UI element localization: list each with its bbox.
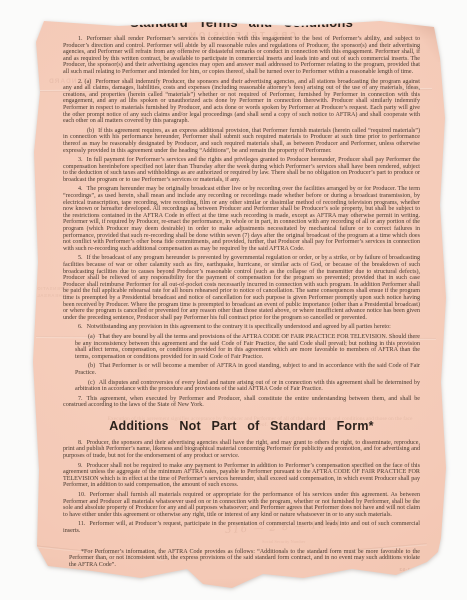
clause-number: 6. (78, 324, 87, 330)
clause-number: (b) (87, 128, 98, 134)
clause-text: If this agreement requires, as an expres… (63, 128, 420, 154)
clause-4: 4.The program hereunder may be originall… (63, 186, 420, 252)
clause-text: The program hereunder may be originally … (63, 186, 420, 251)
contract-paper: CBS TELEVISION STANDARD COMPENSATION REH… (0, 0, 467, 600)
clause-number: (c) (88, 380, 99, 386)
clause-number: 3. (78, 157, 87, 163)
clause-number: (a) (88, 334, 99, 340)
clause-8: 8.Producer, the sponsors and their adver… (63, 440, 420, 460)
clause-text: Performer shall furnish all materials re… (63, 492, 420, 518)
clause-number: 9. (78, 463, 87, 469)
clause-3: 3.In full payment for Performer’s servic… (63, 157, 420, 183)
clause-text: Performer shall render Performer’s servi… (63, 36, 420, 75)
clause-2b: (b)If this agreement requires, as an exp… (63, 128, 420, 154)
clause-6b: (b)That Performer is or will become a me… (75, 363, 420, 376)
clause-text: Performer shall indemnify Producer, the … (63, 79, 420, 125)
clause-number: 2. (a) (78, 79, 95, 85)
document-title: Standard Terms and Conditions (63, 16, 420, 30)
clause-6: 6.Notwithstanding any provision in this … (63, 324, 420, 331)
clause-7: 7.This agreement, when executed by Perfo… (63, 396, 420, 409)
clause-text: If the broadcast of any program hereunde… (63, 255, 420, 320)
clause-number: 7. (78, 396, 87, 402)
clause-1: 1.Performer shall render Performer’s ser… (63, 36, 420, 76)
clause-text: Performer will, at Producer’s request, p… (63, 521, 420, 534)
clause-number: 5. (78, 255, 87, 261)
clause-9: 9.Producer shall not be required to make… (63, 463, 420, 489)
clause-text: Producer shall not be required to make a… (63, 463, 420, 489)
clause-number: 10. (78, 492, 90, 498)
clause-5: 5.If the broadcast of any program hereun… (63, 255, 420, 321)
document-body: Standard Terms and Conditions 1.Performe… (63, 16, 420, 569)
paper-shadow: CBS TELEVISION STANDARD COMPENSATION REH… (0, 0, 467, 600)
clause-number: 11. (78, 521, 89, 527)
clause-11: 11.Performer will, at Producer’s request… (63, 521, 420, 534)
clause-number: 4. (78, 186, 87, 192)
clause-2a: 2. (a)Performer shall indemnify Producer… (63, 79, 420, 125)
clause-6a: (a)That they are bound by all the terms … (75, 334, 420, 360)
clause-text: This agreement, when executed by Perform… (63, 396, 420, 409)
clause-number: 1. (78, 36, 87, 42)
clause-number: (b) (88, 363, 99, 369)
section-heading-additions: Additions Not Part of Standard Form* (63, 419, 420, 433)
clause-6c: (c)All disputes and controversies of eve… (75, 380, 420, 393)
clause-text: Producer, the sponsors and their adverti… (63, 440, 420, 459)
clause-number: 8. (78, 440, 87, 446)
clause-text: All disputes and controversies of every … (75, 380, 420, 393)
clause-text: That they are bound by all the terms and… (75, 334, 420, 360)
clause-text: In full payment for Performer’s services… (63, 157, 420, 183)
clause-10: 10.Performer shall furnish all materials… (63, 492, 420, 518)
scan-background: CBS TELEVISION STANDARD COMPENSATION REH… (0, 0, 467, 600)
clause-text: That Performer is or will become a membe… (75, 363, 420, 376)
clause-text: Notwithstanding any provision in this ag… (87, 324, 391, 330)
aftra-code-footnote: *For Performer’s information, the AFTRA … (69, 549, 420, 569)
